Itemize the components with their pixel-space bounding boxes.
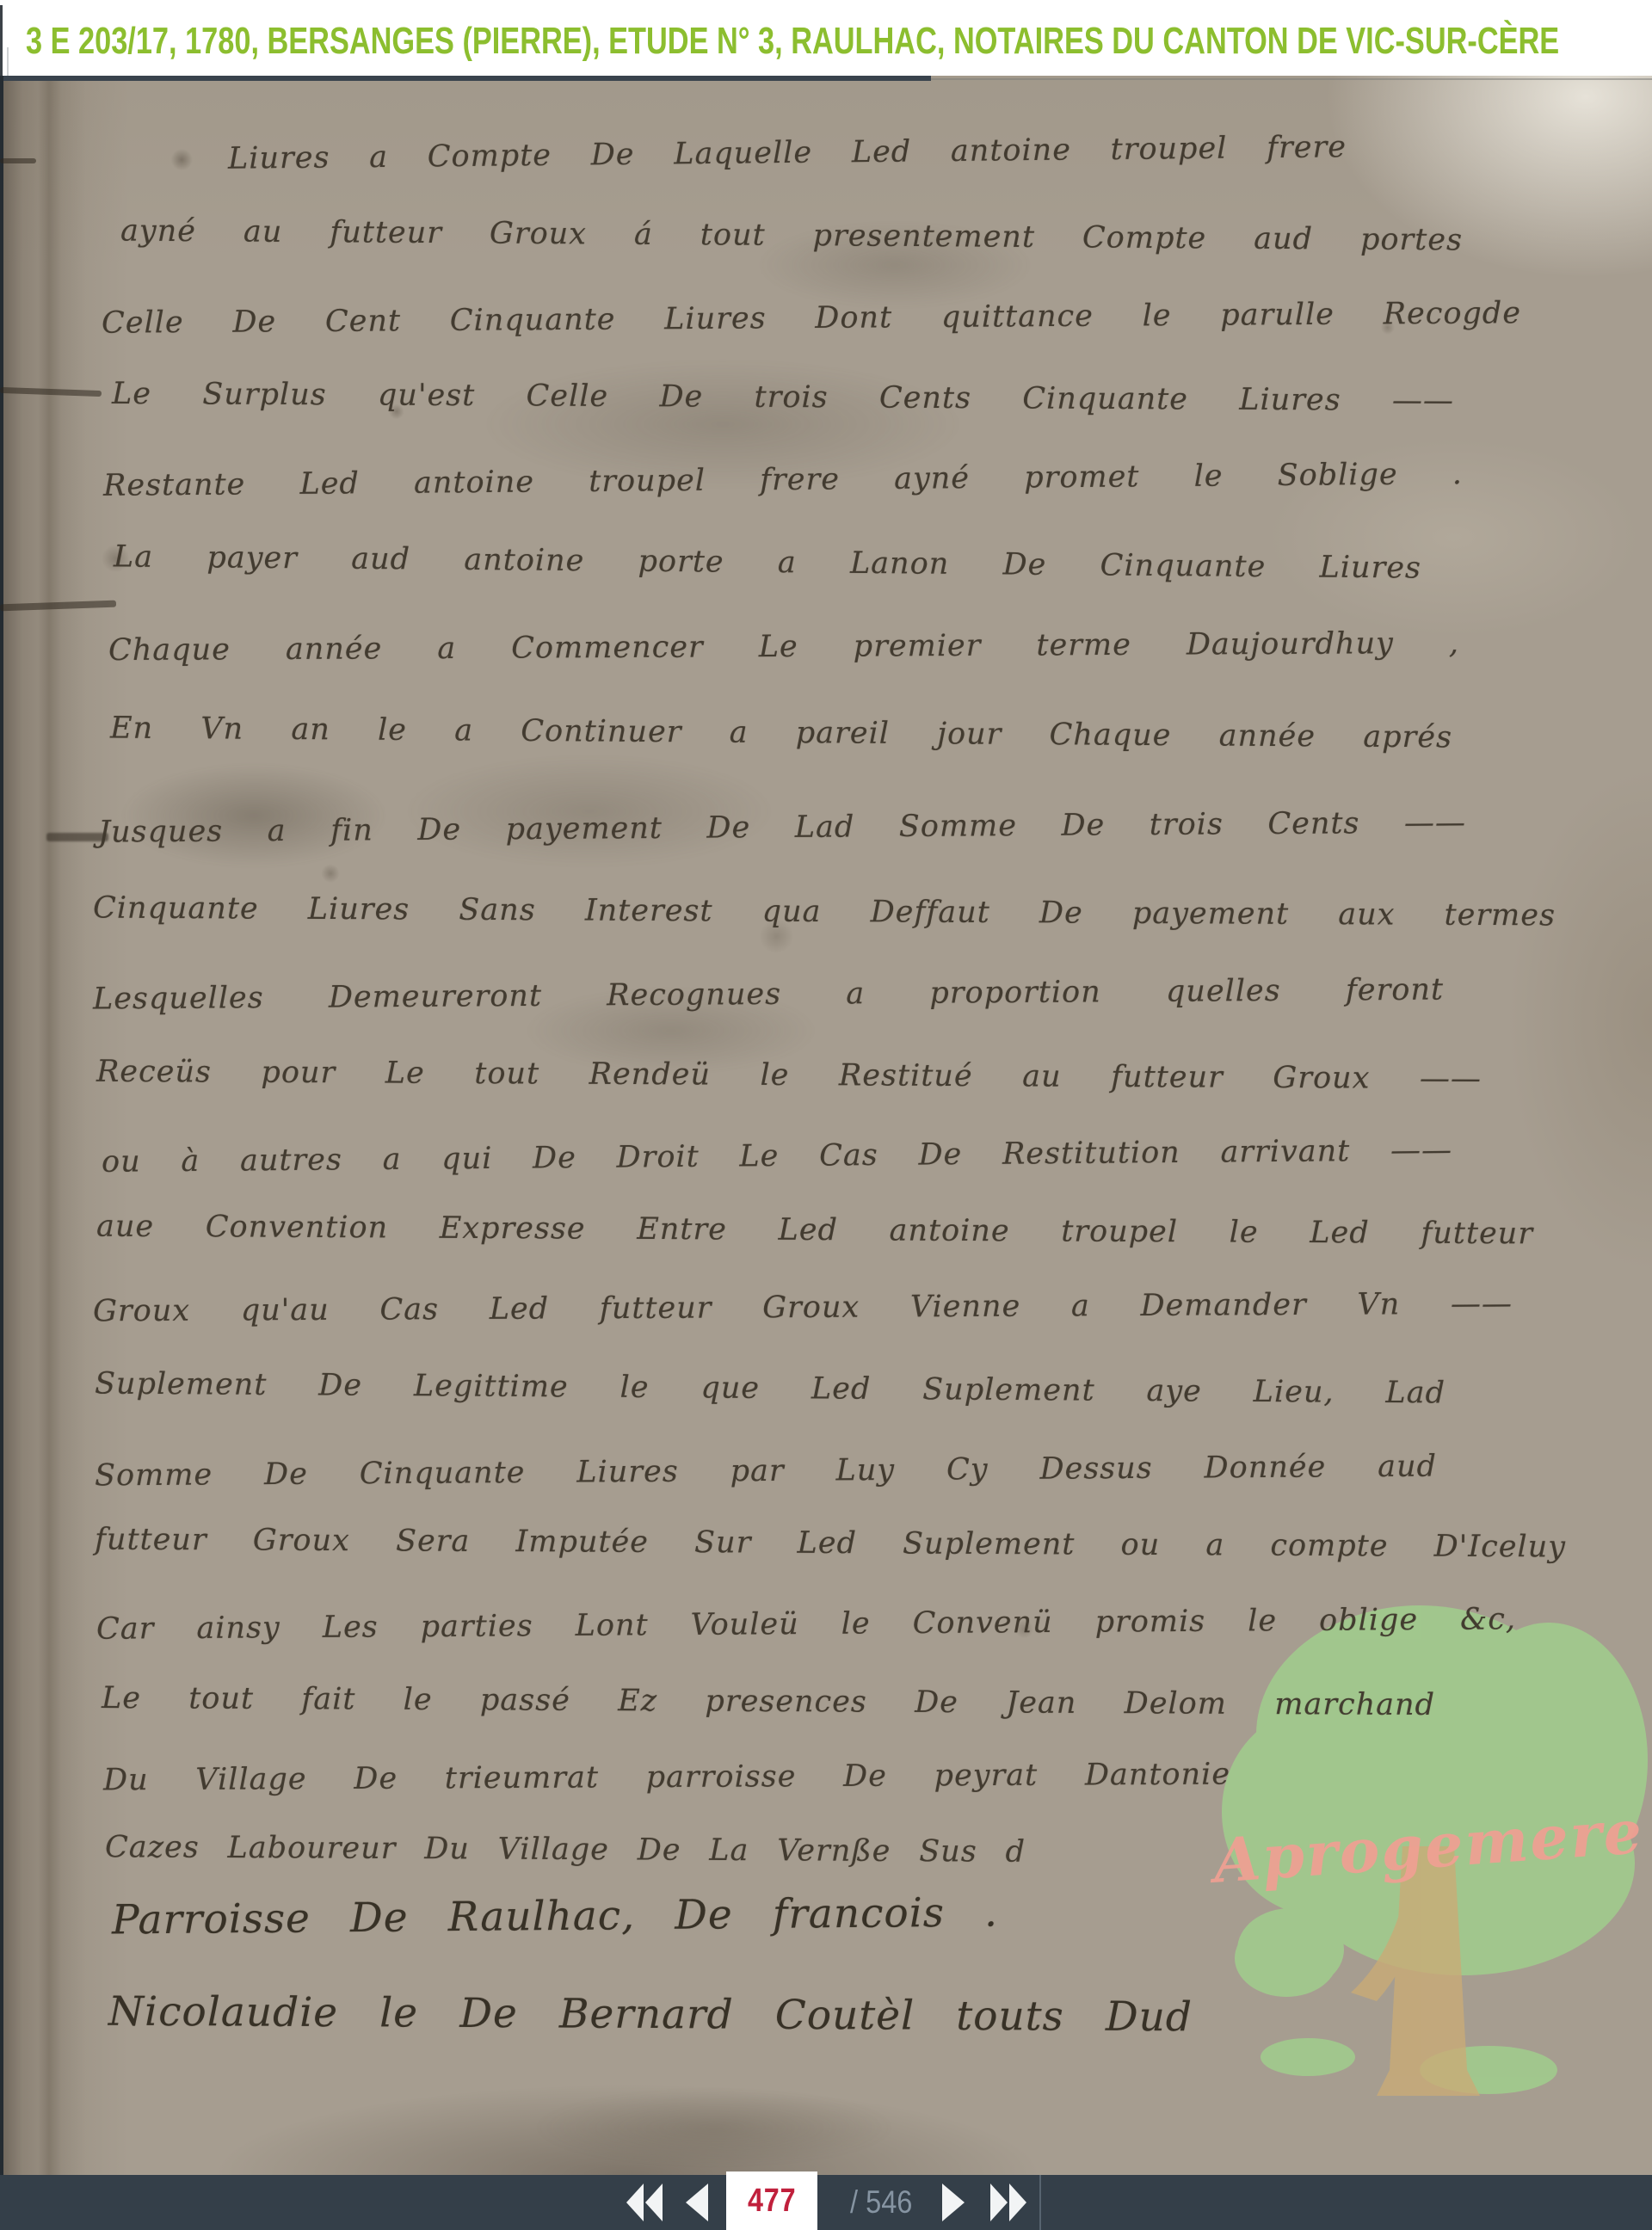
window-left-edge-light (7, 47, 9, 76)
right-triangle-icon (940, 2183, 966, 2222)
double-left-triangles-icon (626, 2183, 663, 2222)
first-page-button[interactable] (626, 2183, 663, 2222)
manuscript-line: Le Surplus qu'est Celle De trois Cents C… (112, 377, 1454, 418)
manuscript-line: Parroisse De Raulhac, De francois . (112, 1889, 998, 1944)
previous-page-button[interactable] (684, 2183, 710, 2222)
manuscript-line: Du Village De trieumrat parroisse De pey… (103, 1758, 1230, 1798)
manuscript-image[interactable]: Aprogemere Liures a Compte De Laquelle L… (0, 76, 1652, 2175)
manuscript-line: Receüs pour Le tout Rendeü le Restitué a… (96, 1055, 1482, 1096)
last-page-button[interactable] (989, 2183, 1027, 2222)
ink-smudge (533, 2089, 895, 2166)
pager-divider (1039, 2175, 1041, 2230)
manuscript-line: Chaque année a Commencer Le premier term… (108, 626, 1459, 668)
next-page-button[interactable] (940, 2183, 966, 2222)
manuscript-line: Nicolaudie le De Bernard Coutèl touts Du… (108, 1988, 1193, 2042)
aprogemere-watermark: Aprogemere (1205, 1588, 1652, 2139)
scan-top-shadow (0, 76, 931, 81)
scan-top-edge-line (931, 78, 1652, 80)
current-page-field[interactable]: 477 (726, 2171, 817, 2230)
manuscript-line: Cazes Laboureur Du Village De La Vernße … (105, 1830, 1026, 1870)
current-page-number: 477 (748, 2171, 796, 2230)
archive-viewer-page: 3 E 203/17, 1780, BERSANGES (PIERRE), ET… (0, 0, 1652, 2230)
window-left-edge (0, 5, 3, 76)
header-bar: 3 E 203/17, 1780, BERSANGES (PIERRE), ET… (0, 0, 1652, 76)
pagination-bar: 477 / 546 (0, 2175, 1652, 2230)
archive-reference-title: 3 E 203/17, 1780, BERSANGES (PIERRE), ET… (26, 0, 1559, 76)
double-right-triangles-icon (989, 2183, 1027, 2222)
manuscript-line: Le tout fait le passé Ez presences De Je… (102, 1681, 1435, 1722)
edge-ink-mark (0, 158, 36, 163)
left-triangle-icon (684, 2183, 710, 2222)
